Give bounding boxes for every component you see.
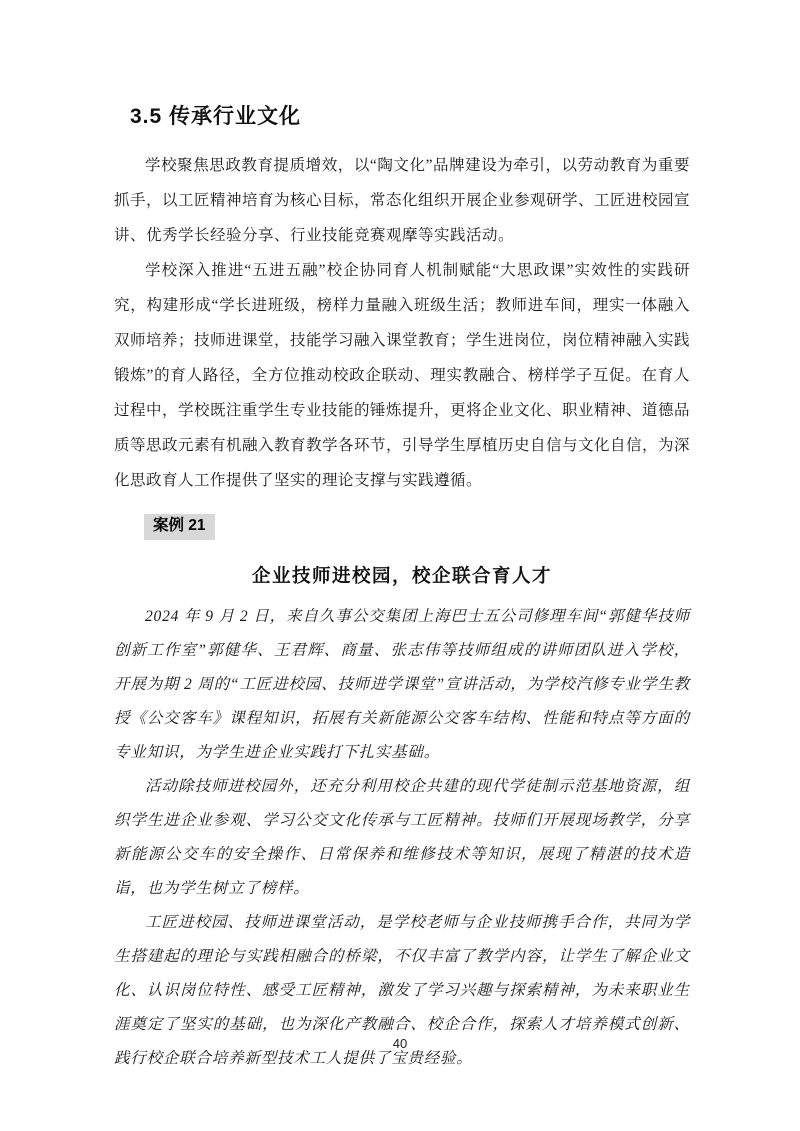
section-heading: 3.5 传承行业文化: [130, 100, 690, 130]
page-number: 40: [0, 1036, 800, 1051]
section-paragraph-2: 学校深入推进“五进五融”校企协同育人机制赋能“大思政课”实效性的实践研究，构建形…: [114, 253, 690, 498]
case-badge: 案例 21: [144, 514, 215, 540]
case-paragraph-1: 2024 年 9 月 2 日，来自久事公交集团上海巴士五公司修理车间“郭健华技师…: [114, 600, 690, 770]
section-paragraph-1: 学校聚焦思政教育提质增效，以“陶文化”品牌建设为牵引，以劳动教育为重要抓手，以工…: [114, 148, 690, 253]
case-paragraph-2: 活动除技师进校园外，还充分利用校企共建的现代学徒制示范基地资源，组织学生进企业参…: [114, 770, 690, 906]
document-page: 3.5 传承行业文化 学校聚焦思政教育提质增效，以“陶文化”品牌建设为牵引，以劳…: [0, 0, 800, 1131]
case-title: 企业技师进校园，校企联合育人才: [114, 562, 690, 588]
case-badge-row: 案例 21: [114, 498, 690, 540]
